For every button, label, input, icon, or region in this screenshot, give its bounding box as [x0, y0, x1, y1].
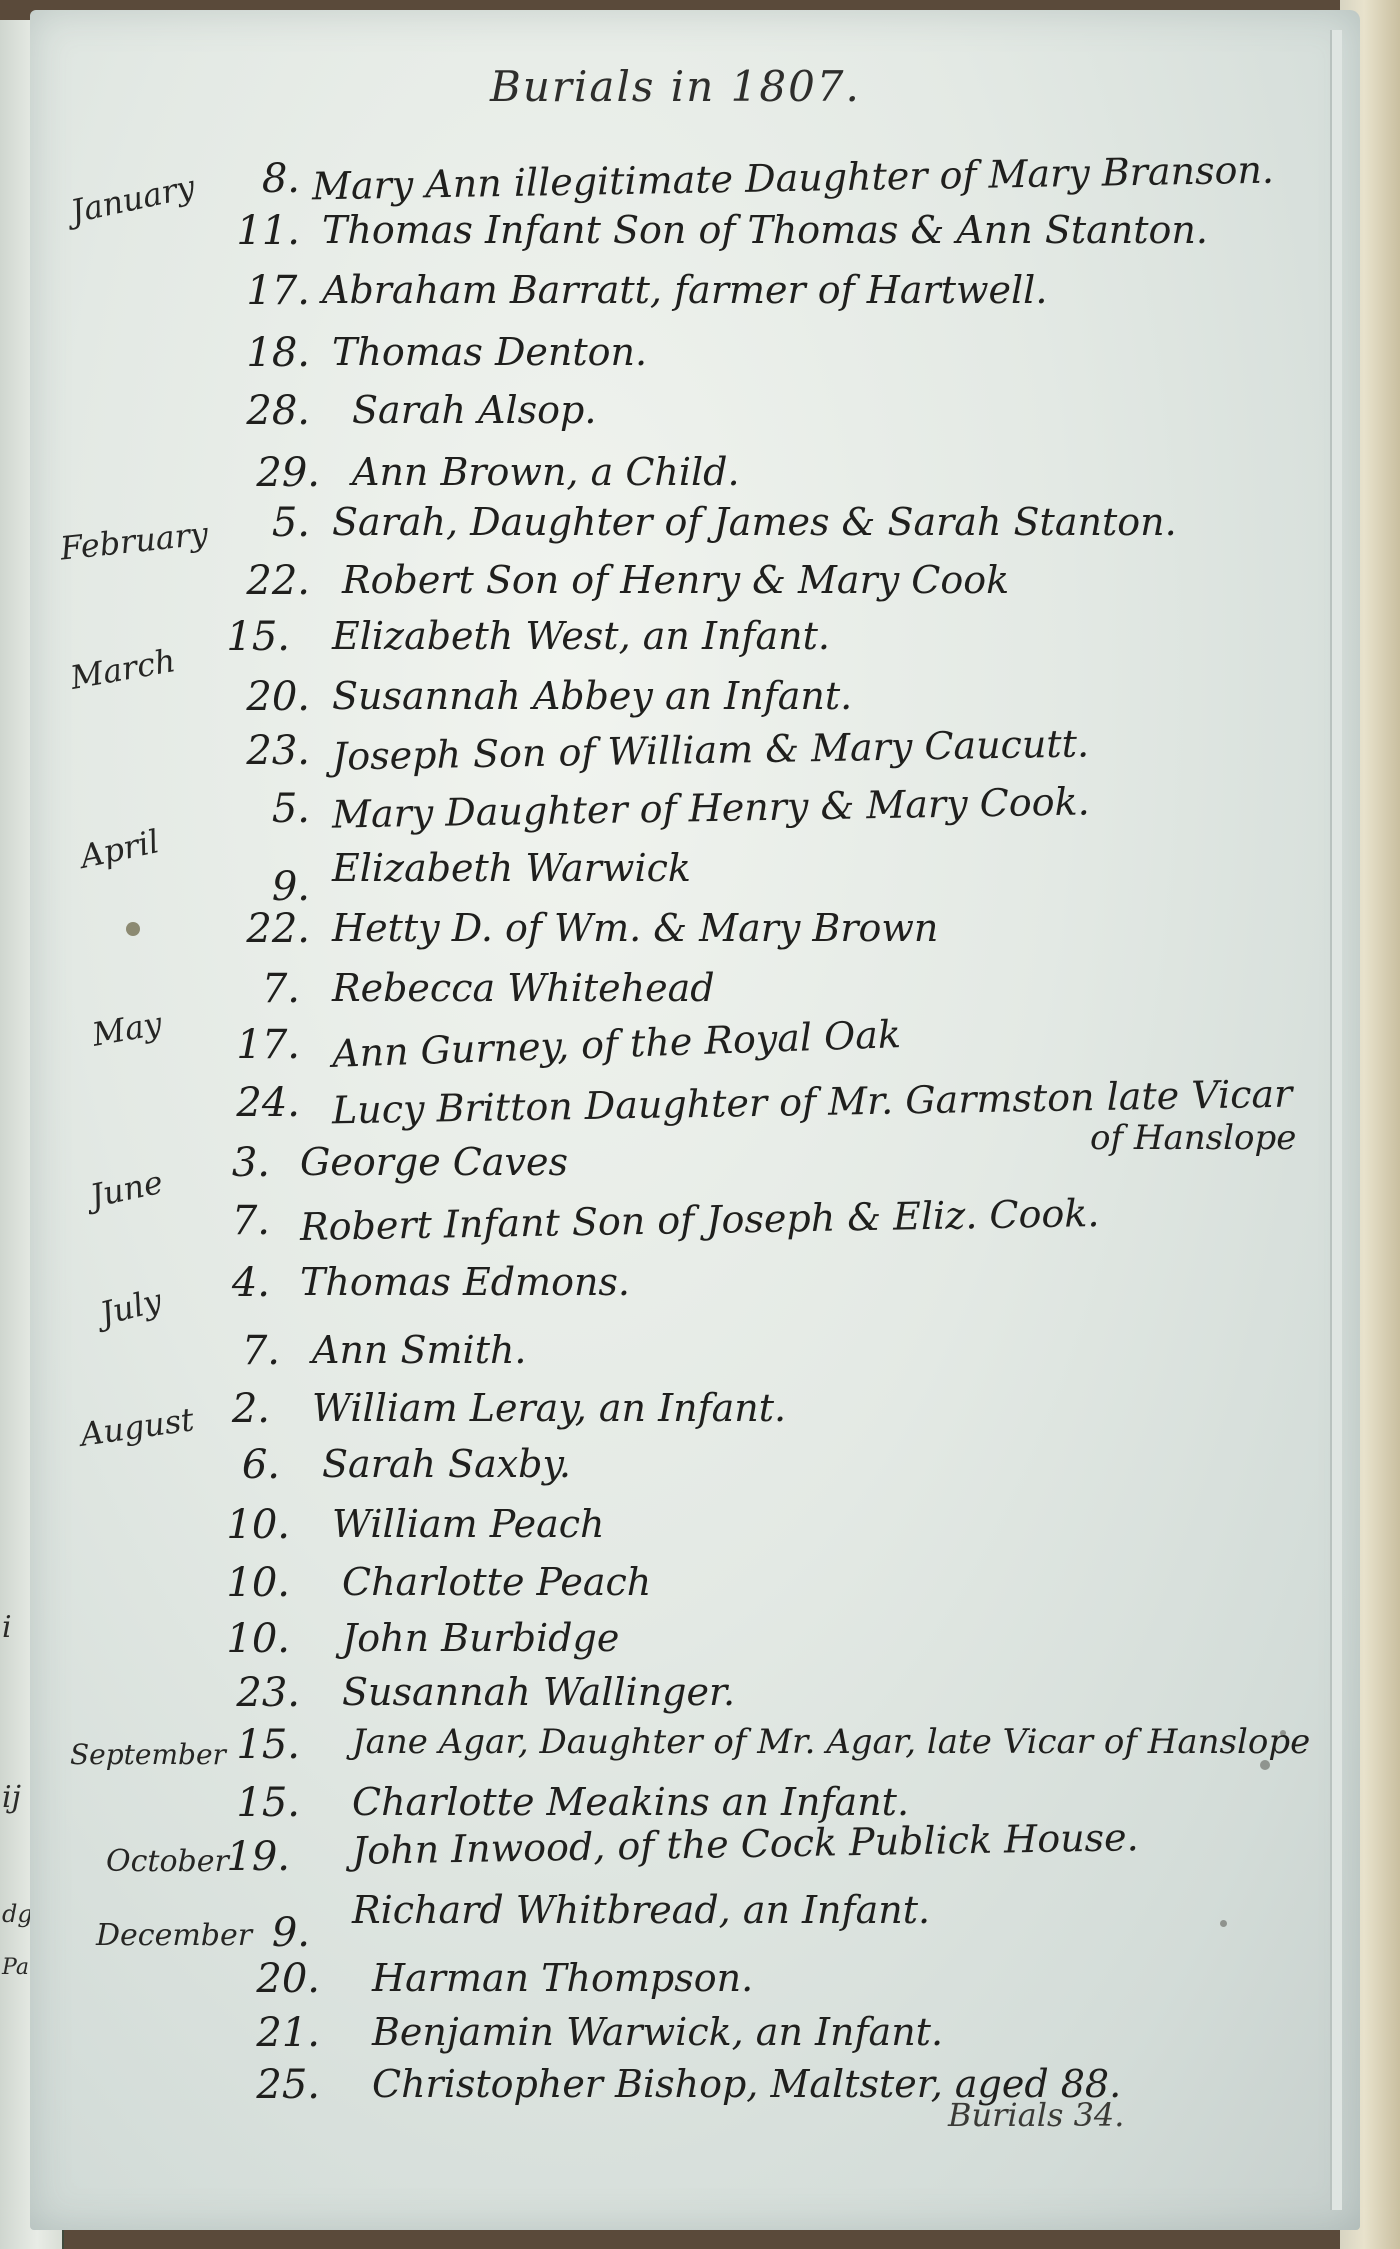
entry-text: William Leray, an Infant.	[312, 1386, 786, 1430]
entry-day: 20.	[230, 1956, 320, 2002]
entry-day: 11.	[210, 208, 300, 254]
entry-day: 5.	[220, 500, 310, 546]
entry-day: 25.	[230, 2062, 320, 2108]
entry-text: Ann Smith.	[312, 1328, 527, 1372]
entry-text: Hetty D. of Wm. & Mary Brown	[332, 906, 938, 950]
entry-text: Jane Agar, Daughter of Mr. Agar, late Vi…	[352, 1722, 1310, 1762]
entry-day: 23.	[220, 728, 310, 774]
entry-text: Mary Daughter of Henry & Mary Cook.	[332, 779, 1090, 836]
entry-day: 23.	[210, 1670, 300, 1716]
entry-text: John Burbidge	[342, 1616, 619, 1660]
entry-text: Sarah Saxby.	[322, 1442, 571, 1486]
entry-text: Sarah, Daughter of James & Sarah Stanton…	[332, 500, 1177, 544]
entry-text: Sarah Alsop.	[352, 388, 596, 432]
entry-day: 21.	[230, 2010, 320, 2056]
entry-text: Charlotte Meakins an Infant.	[352, 1780, 909, 1824]
entry-day: 10.	[200, 1616, 290, 1662]
entry-day: 18.	[220, 330, 310, 376]
entry-text: Elizabeth Warwick	[332, 846, 691, 890]
entry-text: Richard Whitbread, an Infant.	[352, 1888, 930, 1932]
page-title: Burials in 1807.	[490, 62, 861, 111]
entry-text: William Peach	[332, 1502, 605, 1546]
entry-day: 7.	[180, 1198, 270, 1244]
entry-day: 3.	[180, 1140, 270, 1186]
entry-day: 9.	[220, 1910, 310, 1956]
entry-day: 2.	[180, 1386, 270, 1432]
entry-text: Benjamin Warwick, an Infant.	[372, 2010, 943, 2054]
entry-text: Elizabeth West, an Infant.	[332, 614, 830, 658]
entry-text: George Caves	[300, 1140, 568, 1184]
entry-continuation: of Hanslope	[1090, 1118, 1296, 1158]
entry-day: 28.	[220, 388, 310, 434]
entry-text: Mary Ann illegitimate Daughter of Mary B…	[312, 148, 1275, 209]
month-label: March	[68, 641, 179, 697]
entry-text: Susannah Abbey an Infant.	[332, 674, 852, 718]
entry-text: Joseph Son of William & Mary Caucutt.	[332, 721, 1090, 778]
entry-text: Thomas Edmons.	[300, 1260, 630, 1304]
entry-day: 10.	[200, 1560, 290, 1606]
entry-day: 7.	[190, 1328, 280, 1374]
entry-day: 29.	[230, 450, 320, 496]
entry-day: 20.	[220, 674, 310, 720]
entry-text: Ann Gurney, of the Royal Oak	[331, 1012, 901, 1076]
entry-text: Susannah Wallinger.	[342, 1670, 735, 1714]
month-label: February	[58, 514, 209, 567]
entry-day: 15.	[200, 614, 290, 660]
entry-day: 24.	[210, 1080, 300, 1126]
entry-day: 17.	[210, 1022, 300, 1068]
page-edge	[1330, 30, 1342, 2210]
entry-day: 8.	[210, 156, 300, 202]
entry-text: Rebecca Whitehead	[332, 966, 715, 1010]
entry-day: 15.	[210, 1780, 300, 1826]
entry-day: 10.	[200, 1502, 290, 1548]
month-label: January	[67, 167, 198, 230]
entry-day: 6.	[190, 1442, 280, 1488]
ink-spot	[1220, 1920, 1227, 1927]
month-label: September	[70, 1738, 226, 1771]
entry-text: Thomas Infant Son of Thomas & Ann Stanto…	[322, 208, 1208, 252]
month-label: June	[87, 1163, 166, 1215]
entry-day: 19.	[200, 1834, 290, 1880]
entry-text: Robert Infant Son of Joseph & Eliz. Cook…	[300, 1191, 1100, 1249]
entry-text: Robert Son of Henry & Mary Cook	[342, 558, 1009, 602]
month-label: August	[78, 1400, 196, 1454]
entry-text: Thomas Denton.	[332, 330, 647, 374]
facing-page-fragment: i	[2, 1610, 12, 1645]
month-label: July	[96, 1281, 165, 1333]
entry-day: 5.	[220, 786, 310, 832]
entry-day: 22.	[220, 558, 310, 604]
burials-total: Burials 34.	[948, 2096, 1124, 2134]
entry-day: 4.	[180, 1260, 270, 1306]
entry-text: Harman Thompson.	[372, 1956, 753, 2000]
entry-day: 7.	[210, 966, 300, 1012]
facing-page-fragment: ij	[2, 1780, 21, 1815]
entry-text: Ann Brown, a Child.	[352, 450, 740, 494]
register-page: Burials in 1807. January 8. Mary Ann ill…	[30, 10, 1360, 2230]
entry-text: Abraham Barratt, farmer of Hartwell.	[322, 268, 1047, 312]
month-label: April	[77, 822, 163, 876]
entry-day: 9.	[220, 864, 310, 910]
month-label: May	[89, 1004, 164, 1054]
entry-day: 22.	[220, 906, 310, 952]
entry-text: Charlotte Peach	[342, 1560, 651, 1604]
page-hole	[126, 922, 140, 936]
entry-day: 15.	[210, 1722, 300, 1768]
entry-day: 17.	[220, 268, 310, 314]
